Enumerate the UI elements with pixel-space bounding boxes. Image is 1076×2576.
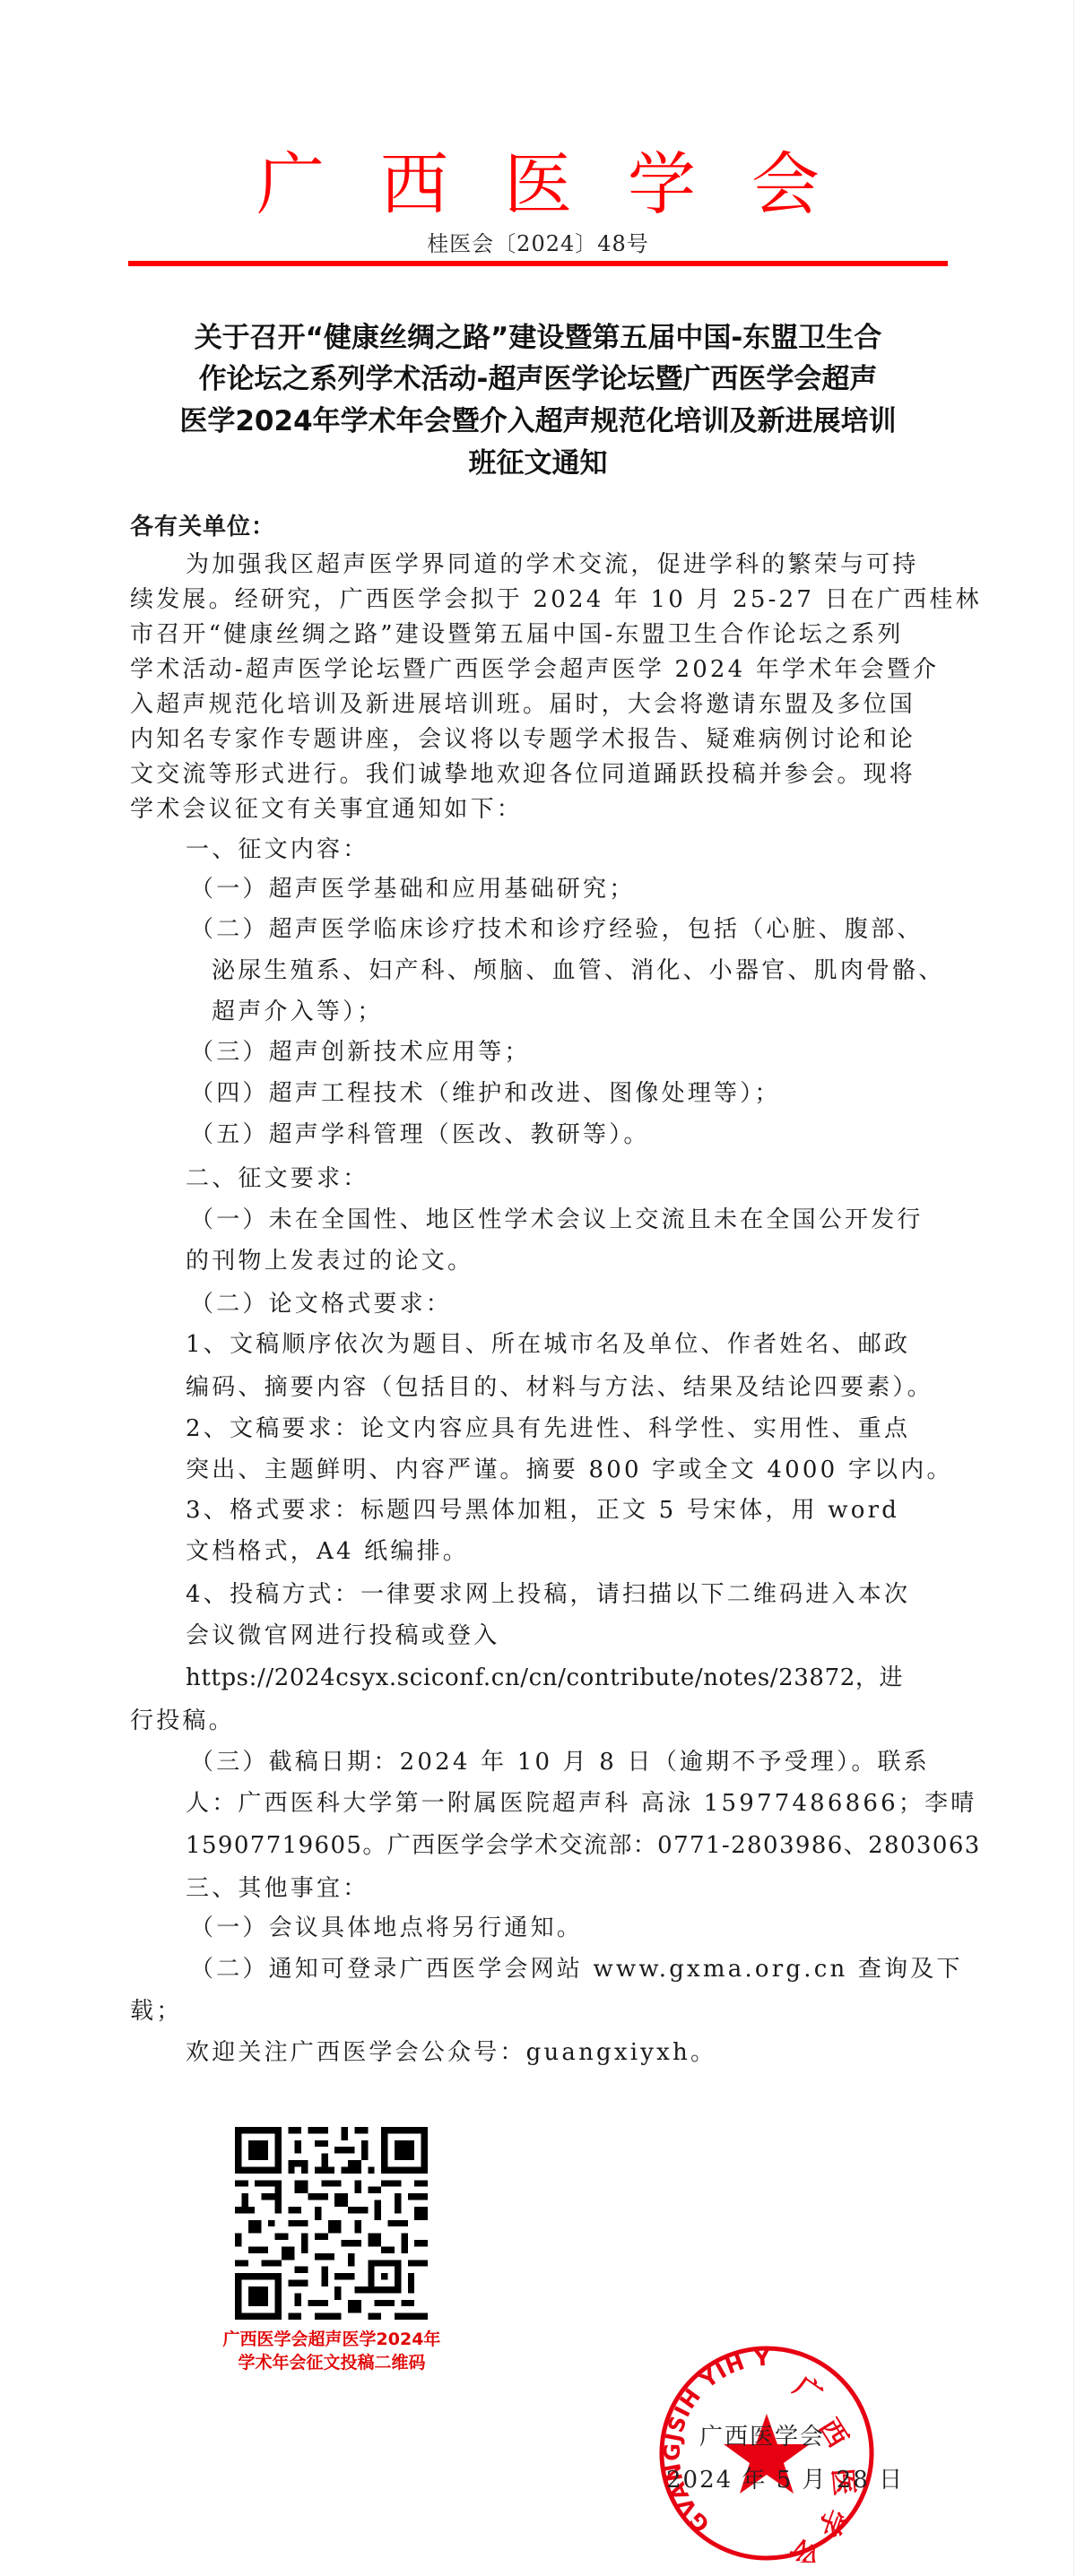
list-item: （二）超声医学临床诊疗技术和诊疗经验，包括（心脏、腹部、 [190, 912, 924, 947]
svg-text:广: 广 [787, 2371, 828, 2412]
official-seal-icon: GVANGJSIH YIH YOZVEI 广 西 医 学 会 [657, 2344, 876, 2563]
intro-line: 入超声规范化培训及新进展培训班。届时，大会将邀请东盟及多位国 [130, 687, 915, 722]
list-item-continuation: 行投稿。 [130, 1703, 235, 1739]
list-item-continuation: 编码、摘要内容（包括目的、材料与方法、结果及结论四要素）。 [186, 1370, 933, 1405]
list-item-continuation: 超声介入等）； [212, 994, 383, 1030]
section-heading: 三、其他事宜： [186, 1871, 369, 1906]
salutation: 各有关单位： [130, 509, 275, 545]
intro-line: 文交流等形式进行。我们诚挚地欢迎各位同道踊跃投稿并参会。现将 [130, 756, 915, 792]
intro-line: 学术活动-超声医学论坛暨广西医学会超声医学 2024 年学术年会暨介 [130, 652, 939, 687]
document-title-line: 班征文通知 [117, 443, 959, 484]
masthead-org-name: 广西医学会 [0, 143, 1076, 226]
document-title-line: 作论坛之系列学术活动-超声医学论坛暨广西医学会超声 [117, 359, 959, 400]
list-item-continuation: 的刊物上发表过的论文。 [186, 1243, 473, 1279]
list-item-continuation: 会议微官网进行投稿或登入 [186, 1618, 499, 1654]
signature-date: 2024 年 5 月 28 日 [666, 2465, 904, 2495]
page-edge [1073, 0, 1074, 2576]
list-item: （三）超声创新技术应用等； [190, 1034, 531, 1070]
list-item-continuation: 15907719605。广西医学会学术交流部：0771-2803986、2803… [186, 1828, 981, 1863]
masthead-divider [128, 261, 948, 266]
list-item: 3、格式要求：标题四号黑体加粗，正文 5 号宋体，用 word [186, 1492, 899, 1528]
list-item: （三）截稿日期：2024 年 10 月 8 日（逾期不予受理）。联系 [190, 1744, 930, 1780]
list-item: （四）超声工程技术（维护和改进、图像处理等）； [190, 1076, 781, 1111]
intro-line: 续发展。经研究，广西医学会拟于 2024 年 10 月 25-27 日在广西桂林 [130, 582, 982, 618]
list-item-continuation: 载； [130, 1993, 182, 2029]
svg-text:学: 学 [811, 2504, 850, 2540]
list-item: 2、文稿要求：论文内容应具有先进性、科学性、实用性、重点 [186, 1411, 910, 1447]
intro-line: 为加强我区超声医学界同道的学术交流，促进学科的繁荣与可持 [186, 547, 919, 583]
intro-line: 内知名专家作专题讲座，会议将以专题学术报告、疑难病例讨论和论 [130, 722, 915, 757]
qr-caption-line: 学术年会征文投稿二维码 [179, 2351, 484, 2374]
wechat-account-line: 欢迎关注广西医学会公众号：guangxiyxh。 [186, 2035, 716, 2070]
signature-org: 广西医学会 [699, 2422, 825, 2452]
document-page: 广西医学会 桂医会〔2024〕48号 关于召开“健康丝绸之路”建设暨第五届中国-… [0, 0, 1076, 2576]
submission-url[interactable]: https://2024csyx.sciconf.cn/cn/contribut… [186, 1660, 903, 1696]
section-heading: 一、征文内容： [186, 832, 369, 868]
qr-code-icon[interactable] [235, 2127, 428, 2320]
qr-caption-line: 广西医学会超声医学2024年 [179, 2328, 484, 2351]
section-heading: 二、征文要求： [186, 1161, 369, 1197]
svg-text:会: 会 [784, 2532, 825, 2563]
list-item-continuation: 突出、主题鲜明、内容严谨。摘要 800 字或全文 4000 字以内。 [186, 1452, 953, 1488]
list-item: （一）未在全国性、地区性学术会议上交流且未在全国公开发行 [190, 1202, 924, 1238]
document-title-line: 医学2024年学术年会暨介入超声规范化培训及新进展培训 [117, 401, 959, 442]
intro-line: 市召开“健康丝绸之路”建设暨第五届中国-东盟卫生合作论坛之系列 [130, 617, 904, 653]
list-item-continuation: 文档格式，A4 纸编排。 [186, 1534, 469, 1569]
list-item: （二）通知可登录广西医学会网站 www.gxma.org.cn 查询及下 [190, 1951, 963, 1987]
list-item: （一）超声医学基础和应用基础研究； [190, 871, 635, 907]
intro-line: 学术会议征文有关事宜通知如下： [130, 791, 523, 827]
list-item: （一）会议具体地点将另行通知。 [190, 1910, 583, 1946]
list-item-continuation: 人：广西医科大学第一附属医院超声科 高泳 15977486866；李晴 [186, 1785, 977, 1821]
list-item-continuation: 泌尿生殖系、妇产科、颅脑、血管、消化、小器官、肌肉骨骼、 [212, 953, 945, 989]
list-item: （五）超声学科管理（医改、教研等）。 [190, 1117, 650, 1153]
list-item: （二）论文格式要求： [190, 1286, 452, 1322]
document-number: 桂医会〔2024〕48号 [0, 229, 1076, 258]
list-item: 4、投稿方式：一律要求网上投稿，请扫描以下二维码进入本次 [186, 1577, 910, 1612]
list-item: 1、文稿顺序依次为题目、所在城市名及单位、作者姓名、邮政 [186, 1327, 910, 1362]
document-title-line: 关于召开“健康丝绸之路”建设暨第五届中国-东盟卫生合 [117, 317, 959, 359]
